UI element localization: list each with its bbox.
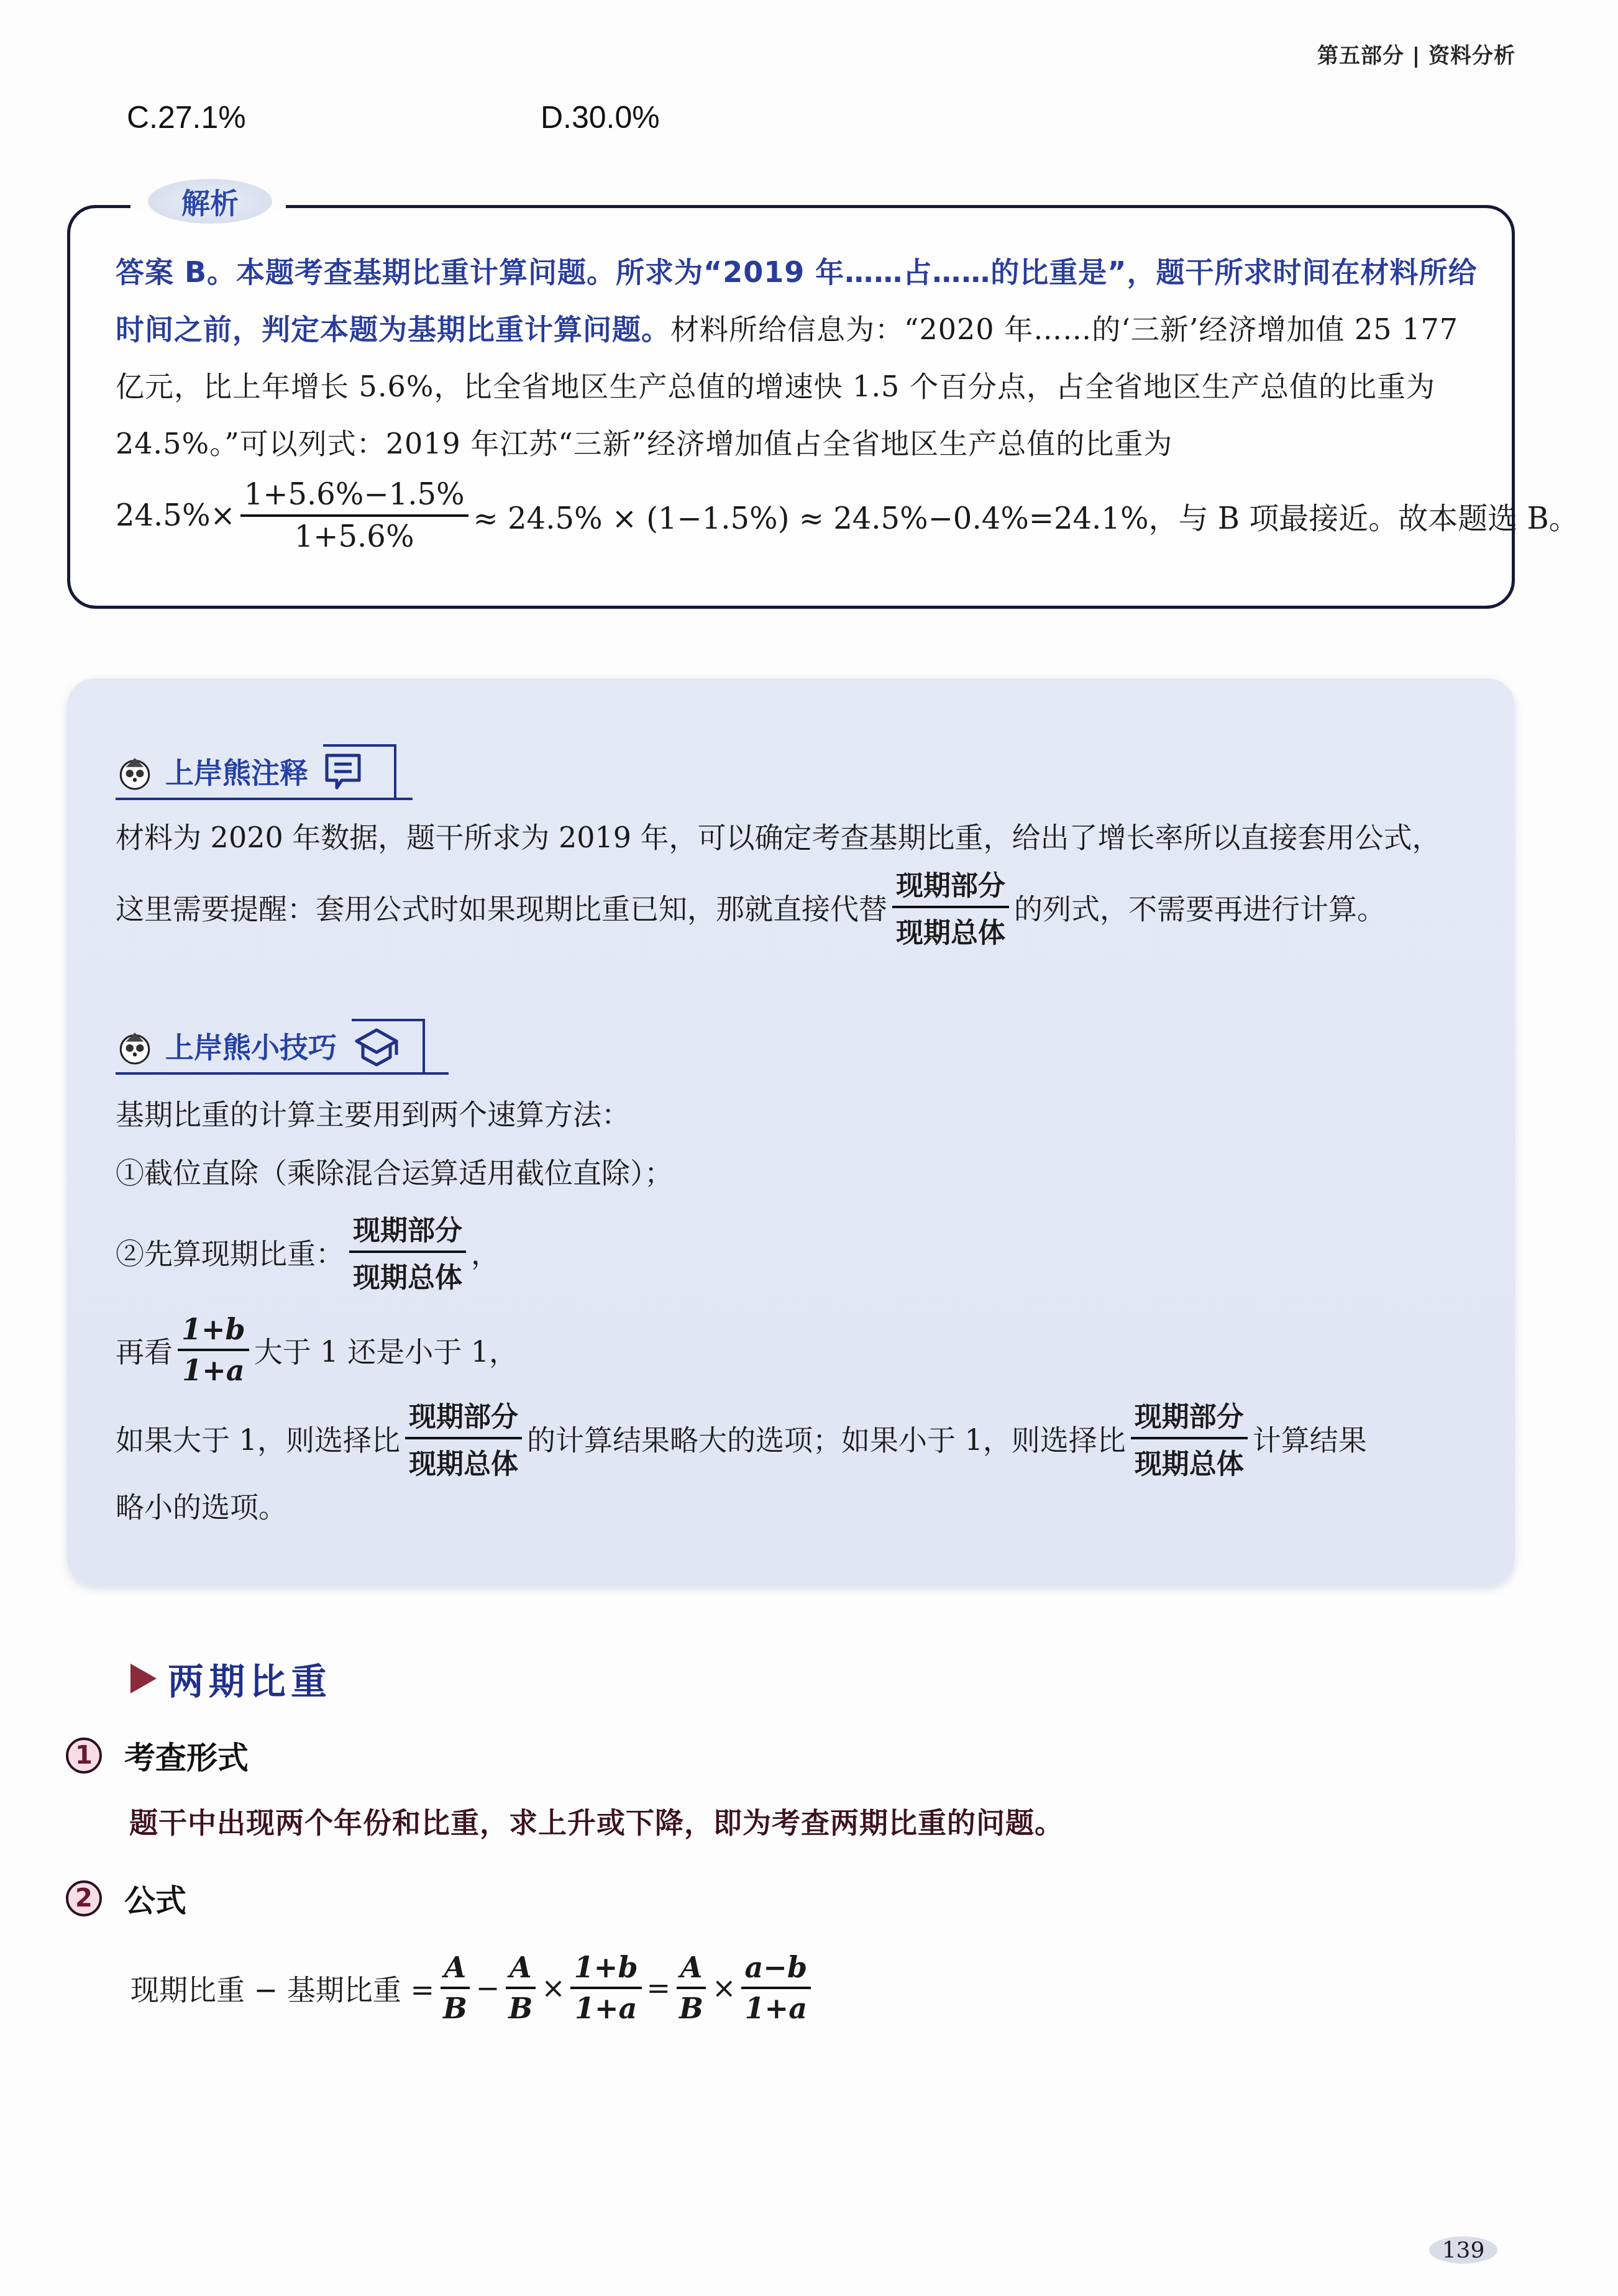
speech-bubble-icon <box>323 750 363 794</box>
tips-item-2-fraction: 现期部分 现期总体 <box>349 1208 466 1295</box>
tips-item-4-fraction-2: 现期部分 现期总体 <box>1131 1395 1248 1482</box>
annotation-line-2-pre: 这里需要提醒：套用公式时如果现期比重已知，那就直接代替 <box>116 886 887 927</box>
tips-item-3-pre: 再看 <box>116 1329 173 1370</box>
fraction-numerator: A <box>677 1951 706 1989</box>
annotation-fraction: 现期部分 现期总体 <box>892 863 1009 950</box>
triangle-bullet-icon <box>130 1664 157 1693</box>
tips-item-2-post: ， <box>471 1231 500 1272</box>
annotation-line-2: 这里需要提醒：套用公式时如果现期比重已知，那就直接代替 现期部分 现期总体 的列… <box>116 870 1495 944</box>
analysis-formula: 24.5%× 1+5.6%−1.5% 1+5.6% ≈ 24.5% × (1−1… <box>116 472 1579 559</box>
circled-number-icon: 2 <box>66 1880 102 1916</box>
running-header: 第五部分 | 资料分析 <box>1317 39 1515 69</box>
formula-fraction-1: AB <box>439 1951 471 2025</box>
formula-lhs: 现期比重 − 基期比重 = <box>130 1967 434 2008</box>
formula-fraction-4: AB <box>675 1951 707 2025</box>
bear-mascot-icon <box>116 752 154 790</box>
formula-tail: ≈ 24.5% × (1−1.5%) ≈ 24.5%−0.4%=24.1%，与 … <box>473 494 1579 537</box>
fraction-denominator: 现期总体 <box>892 908 1009 950</box>
fraction-numerator: 现期部分 <box>405 1395 522 1439</box>
tips-title: 上岸熊小技巧 <box>165 1025 337 1066</box>
tips-item-2: ②先算现期比重： 现期部分 现期总体 ， <box>116 1211 500 1292</box>
tips-item-4-post: 计算结果 <box>1253 1418 1367 1459</box>
fraction-numerator: A <box>506 1951 536 1989</box>
tips-item-2-pre: ②先算现期比重： <box>116 1231 344 1272</box>
formula-operator: × <box>541 1971 565 2005</box>
formula-operator: × <box>712 1971 736 2005</box>
fraction-numerator: 1+b <box>178 1313 249 1351</box>
fraction-numerator: A <box>441 1951 470 1989</box>
fraction-denominator: B <box>675 1989 707 2025</box>
subsection-1-heading: 1 考查形式 <box>66 1733 249 1778</box>
subsection-1-title: 考查形式 <box>124 1733 249 1778</box>
fraction-denominator: B <box>505 1989 536 2025</box>
fraction-numerator: 现期部分 <box>1131 1395 1248 1439</box>
annotation-line-1: 材料为 2020 年数据，题干所求为 2019 年，可以确定考查基期比重，给出了… <box>116 808 1495 867</box>
option-c: C.27.1% <box>127 99 246 135</box>
formula-fraction: 1+5.6%−1.5% 1+5.6% <box>240 477 468 554</box>
formula-lead: 24.5%× <box>116 498 235 533</box>
annotation-heading: 上岸熊注释 <box>116 744 413 800</box>
fraction-numerator: 现期部分 <box>349 1208 466 1253</box>
fraction-denominator: 现期总体 <box>1131 1439 1248 1482</box>
tips-item-4: 如果大于 1，则选择比 现期部分 现期总体 的计算结果略大的选项；如果小于 1，… <box>116 1398 1501 1478</box>
analysis-tag: 解析 <box>148 179 272 224</box>
fraction-denominator: 1+a <box>741 1989 811 2025</box>
annotation-line-2-post: 的列式，不需要再进行计算。 <box>1014 886 1386 927</box>
formula-operator: − <box>476 1971 500 2005</box>
page-number: 139 <box>1429 2236 1497 2264</box>
fraction-numerator: 1+5.6%−1.5% <box>240 477 468 517</box>
annotation-title: 上岸熊注释 <box>165 750 308 791</box>
tips-item-4-fraction-1: 现期部分 现期总体 <box>405 1395 522 1482</box>
fraction-numerator: a−b <box>741 1951 811 1989</box>
tips-item-5: 略小的选项。 <box>116 1477 287 1537</box>
tips-item-3-fraction: 1+b 1+a <box>178 1313 249 1387</box>
tips-item-3-post: 大于 1 还是小于 1， <box>254 1329 518 1370</box>
fraction-denominator: 现期总体 <box>349 1253 466 1295</box>
fraction-denominator: B <box>439 1989 471 2025</box>
tips-item-4-pre: 如果大于 1，则选择比 <box>116 1418 400 1459</box>
fraction-numerator: 现期部分 <box>892 863 1009 908</box>
formula-fraction-3: 1+b1+a <box>570 1951 642 2025</box>
circled-number-icon: 1 <box>66 1738 102 1774</box>
subsection-2-title: 公式 <box>124 1876 186 1921</box>
analysis-text: 答案 B。本题考查基期比重计算问题。所求为“2019 年……占……的比重是”，题… <box>116 244 1489 472</box>
graduation-cap-icon <box>352 1025 401 1068</box>
formula-operator: = <box>647 1971 671 2005</box>
subsection-2-heading: 2 公式 <box>66 1876 186 1921</box>
tips-item-3: 再看 1+b 1+a 大于 1 还是小于 1， <box>116 1310 518 1390</box>
two-period-formula: 现期比重 − 基期比重 = AB − AB × 1+b1+a = AB × a−… <box>130 1951 816 2025</box>
tips-intro: 基期比重的计算主要用到两个速算方法： <box>116 1085 630 1144</box>
subsection-1-text: 题干中出现两个年份和比重，求上升或下降，即为考查两期比重的问题。 <box>129 1800 1064 1841</box>
fraction-denominator: 1+5.6% <box>291 517 418 554</box>
tips-box <box>352 1019 425 1072</box>
formula-fraction-5: a−b1+a <box>741 1951 811 2025</box>
section-title-text: 两期比重 <box>168 1652 332 1705</box>
tips-heading: 上岸熊小技巧 <box>116 1019 449 1075</box>
bear-mascot-icon <box>116 1026 154 1065</box>
formula-fraction-2: AB <box>505 1951 536 2025</box>
annotation-box <box>323 744 396 798</box>
tips-item-1: ①截位直除（乘除混合运算适用截位直除）； <box>116 1143 673 1203</box>
tips-item-4-mid: 的计算结果略大的选项；如果小于 1，则选择比 <box>527 1418 1126 1459</box>
option-d: D.30.0% <box>541 99 660 135</box>
section-title: 两期比重 <box>130 1652 332 1705</box>
fraction-numerator: 1+b <box>570 1951 642 1989</box>
fraction-denominator: 现期总体 <box>405 1439 522 1482</box>
fraction-denominator: 1+a <box>571 1989 641 2025</box>
fraction-denominator: 1+a <box>178 1351 248 1387</box>
